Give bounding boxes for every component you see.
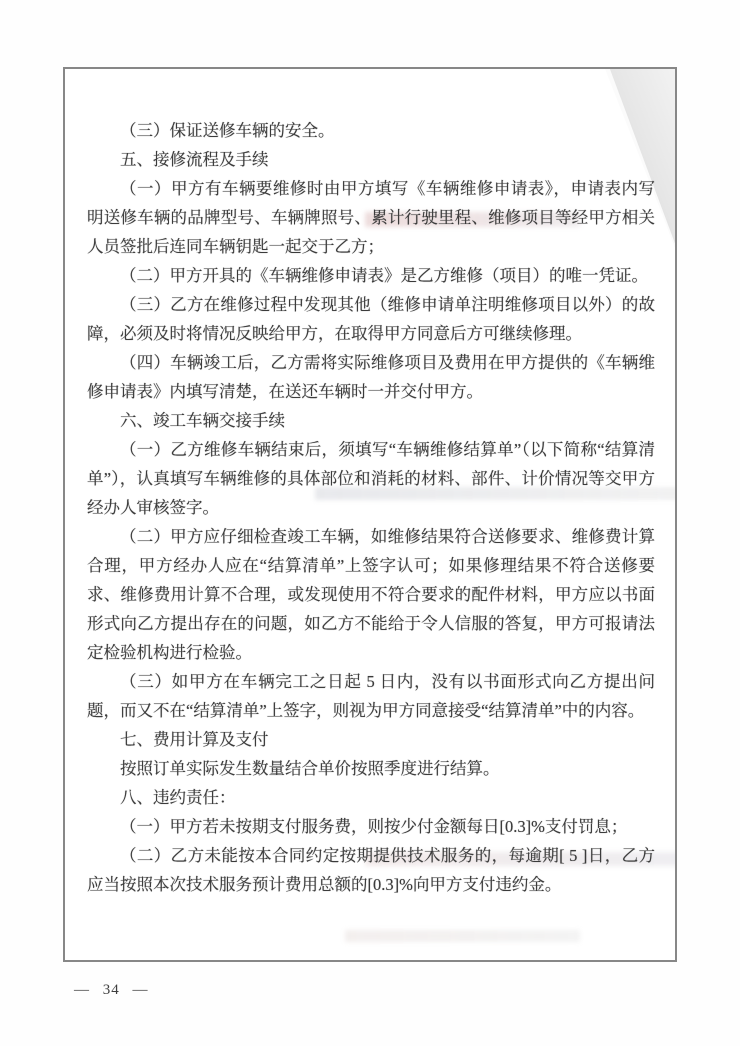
clause-paragraph: （一）甲方若未按期支付服务费，则按少付金额每日[0.3]%支付罚息； (87, 812, 655, 841)
clause-paragraph: （四）车辆竣工后，乙方需将实际维修项目及费用在甲方提供的《车辆维修申请表》内填写… (87, 348, 655, 406)
contract-body-text: （三）保证送修车辆的安全。 五、接修流程及手续 （一）甲方有车辆要维修时由甲方填… (65, 69, 675, 899)
contract-page: （三）保证送修车辆的安全。 五、接修流程及手续 （一）甲方有车辆要维修时由甲方填… (63, 67, 677, 962)
clause-paragraph: （三）如甲方在车辆完工之日起 5 日内，没有以书面形式向乙方提出问题，而又不在“… (87, 667, 655, 725)
page-number: — 34 — (74, 982, 149, 999)
clause-paragraph: （一）甲方有车辆要维修时由甲方填写《车辆维修申请表》，申请表内写明送修车辆的品牌… (87, 174, 655, 261)
section-heading: 五、接修流程及手续 (87, 145, 655, 174)
section-heading: 八、违约责任： (87, 783, 655, 812)
clause-paragraph: （二）甲方应仔细检查竣工车辆，如维修结果符合送修要求、维修费计算合理，甲方经办人… (87, 522, 655, 667)
clause-paragraph: （一）乙方维修车辆结束后，须填写“车辆维修结算单”（以下简称“结算清单”），认真… (87, 435, 655, 522)
clause-paragraph: 按照订单实际发生数量结合单价按照季度进行结算。 (87, 754, 655, 783)
clause-paragraph: （三）保证送修车辆的安全。 (87, 116, 655, 145)
scanned-document-view: （三）保证送修车辆的安全。 五、接修流程及手续 （一）甲方有车辆要维修时由甲方填… (0, 0, 740, 1046)
clause-paragraph: （二）甲方开具的《车辆维修申请表》是乙方维修（项目）的唯一凭证。 (87, 261, 655, 290)
bleedthrough-artifact (345, 930, 580, 942)
section-heading: 六、竣工车辆交接手续 (87, 406, 655, 435)
section-heading: 七、费用计算及支付 (87, 725, 655, 754)
clause-paragraph: （二）乙方未能按本合同约定按期提供技术服务的，每逾期[ 5 ]日，乙方应当按照本… (87, 841, 655, 899)
clause-paragraph: （三）乙方在维修过程中发现其他（维修申请单注明维修项目以外）的故障，必须及时将情… (87, 290, 655, 348)
